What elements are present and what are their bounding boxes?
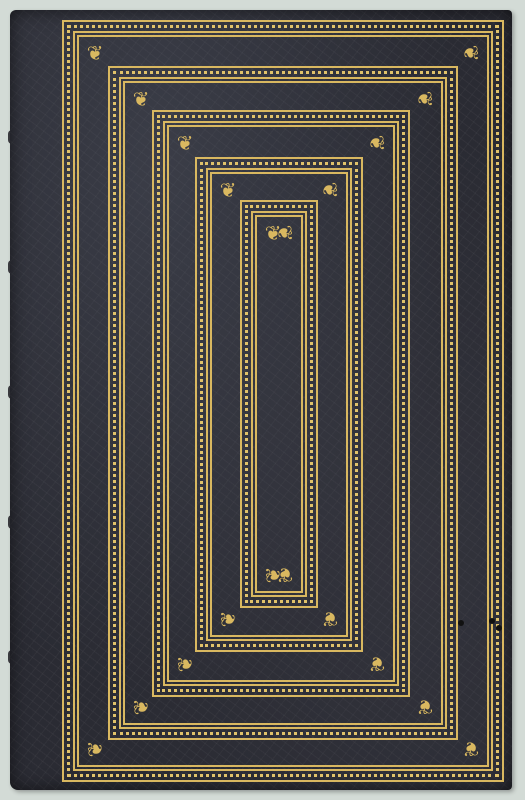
fleuron-icon: ❦: [414, 86, 436, 112]
fleuron-icon: ❦: [319, 177, 341, 203]
fleuron-icon: ❦: [366, 130, 388, 156]
gilt-frame-5: [240, 200, 318, 608]
fleuron-icon: ❦: [84, 736, 106, 762]
fleuron-icon: ❦: [174, 651, 196, 677]
fleuron-icon: ❦: [274, 220, 296, 246]
fleuron-icon: ❦: [217, 606, 239, 632]
clasp-hole: [489, 618, 495, 624]
fleuron-icon: ❦: [215, 179, 241, 201]
fleuron-icon: ❦: [172, 132, 198, 154]
fleuron-icon: ❦: [82, 42, 108, 64]
fleuron-icon: ❦: [130, 694, 152, 720]
fleuron-icon: ❦: [412, 696, 438, 718]
fleuron-icon: ❦: [458, 738, 484, 760]
fleuron-icon: ❦: [364, 653, 390, 675]
fleuron-icon: ❦: [460, 40, 482, 66]
fleuron-icon: ❦: [317, 608, 343, 630]
fleuron-icon: ❦: [128, 88, 154, 110]
gilt-rule: [255, 215, 303, 593]
fleuron-icon: ❦: [272, 564, 298, 586]
clasp-hole: [458, 620, 464, 626]
clasp-hole: [496, 625, 502, 631]
